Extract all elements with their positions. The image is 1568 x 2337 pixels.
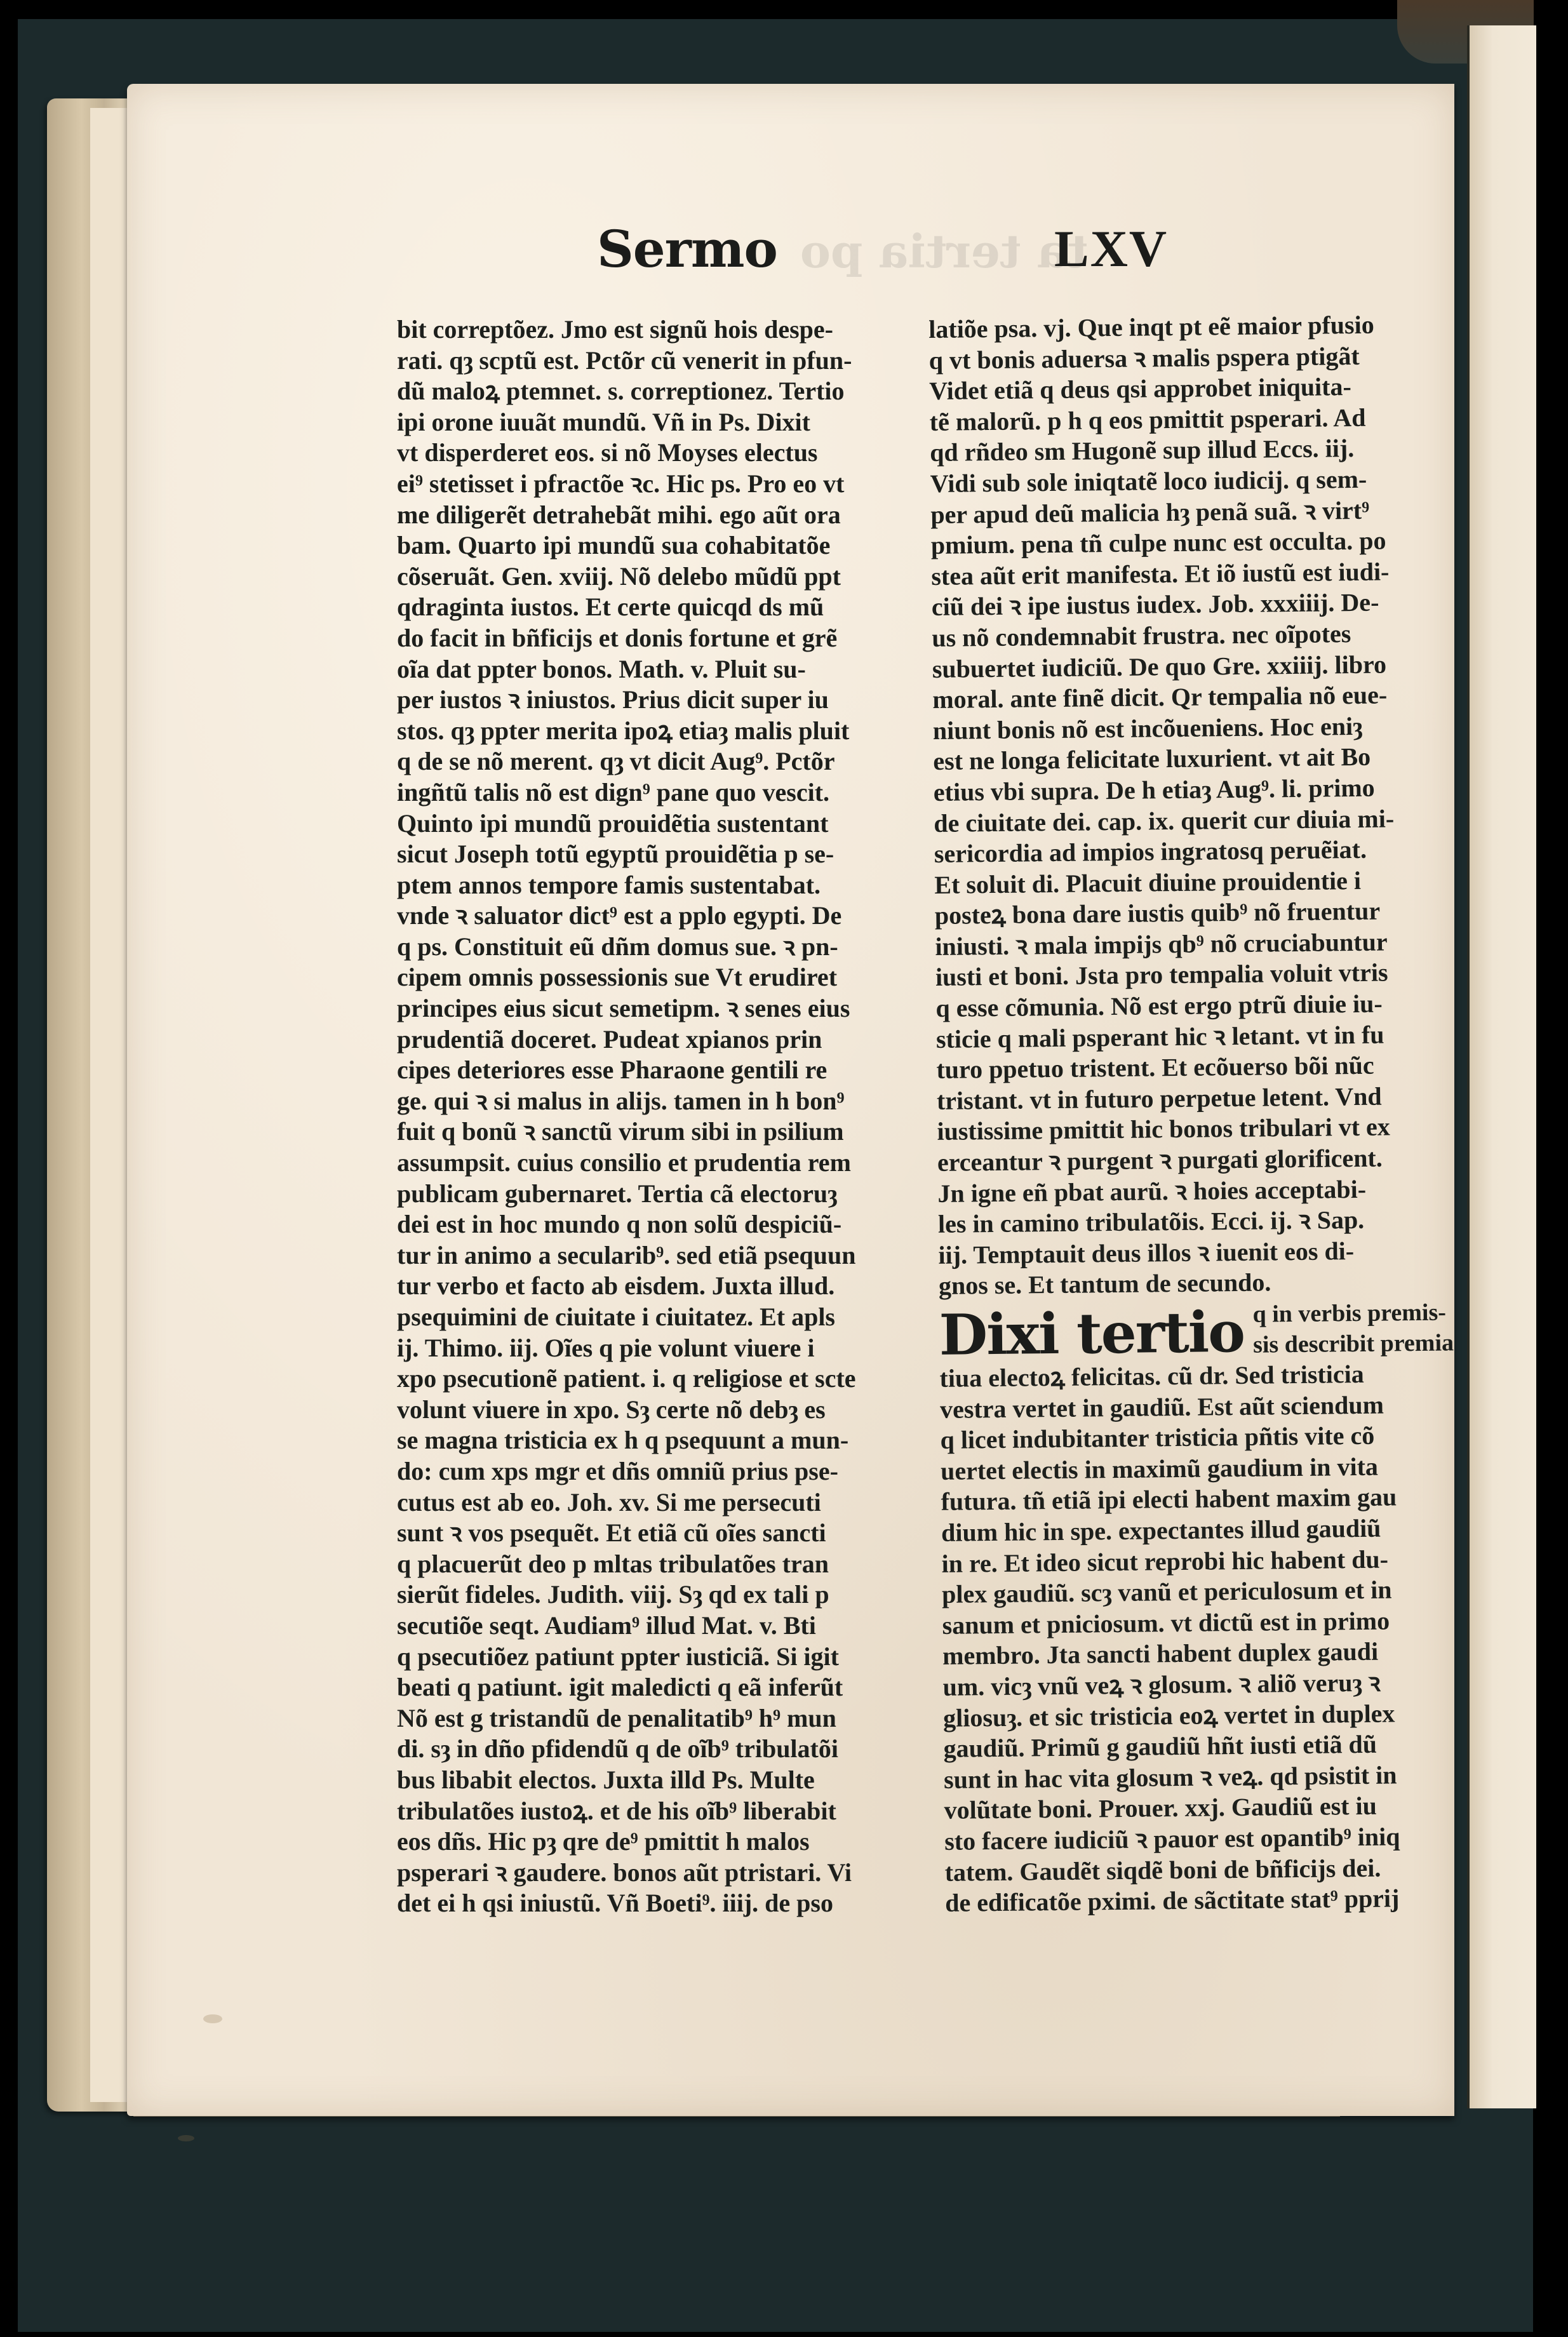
text-line: niunt bonis nõ est incõueniens. Hoc eniȝ: [933, 710, 1441, 746]
text-line: tatem. Gaudẽt siqdẽ boni de bñficijs dei…: [944, 1852, 1452, 1888]
text-line: q esse cõmunia. Nõ est ergo ptrũ diuie i…: [935, 988, 1444, 1024]
text-line: sericordia ad impios ingratosq peruẽiat.: [934, 834, 1442, 870]
text-line: ei⁹ stetisset i pfractõe ꝛc. Hic ps. Pro…: [397, 469, 899, 500]
right-column-first-section: latiõe psa. vj. Que inqt pt eẽ maior pfu…: [928, 309, 1447, 1302]
text-line: Jn igne eñ pbat aurũ. ꝛ hoies acceptabi-: [937, 1173, 1445, 1209]
text-line: iusti et boni. Jsta pro tempalia voluit …: [935, 957, 1444, 993]
text-line: vestra vertet in gaudiũ. Est aũt sciendu…: [940, 1389, 1448, 1425]
text-line: vt disperderet eos. si nõ Moyses electus: [397, 438, 899, 469]
text-line: volũtate boni. Prouer. xxj. Gaudiũ est i…: [944, 1790, 1452, 1826]
text-line: Vidi sub sole iniqtatẽ loco iudicij. q s…: [930, 464, 1438, 500]
text-line: subuertet iudiciũ. De quo Gre. xxiiij. l…: [932, 648, 1440, 685]
text-line: ipi orone iuuãt mundũ. Vñ in Ps. Dixit: [397, 407, 899, 438]
folio-number: LXV: [1054, 219, 1168, 279]
text-line: cõseruãt. Gen. xviij. Nõ delebo mũdũ ppt: [397, 561, 899, 593]
text-line: ptem annos tempore famis sustentabat.: [397, 870, 899, 901]
text-line: dũ maloꝝ ptemnet. s. correptionez. Terti…: [397, 376, 899, 407]
text-line: de ciuitate dei. cap. ix. querit cur diu…: [934, 803, 1442, 839]
text-line: prudentiã doceret. Pudeat xpianos prin: [397, 1024, 899, 1055]
text-line: iniusti. ꝛ mala impijs qb⁹ nõ cruciabunt…: [935, 926, 1443, 962]
text-line: sunt ꝛ vos psequẽt. Et etiã cũ oĩes sanc…: [397, 1518, 899, 1549]
text-line: ge. qui ꝛ si malus in alijs. tamen in h …: [397, 1086, 899, 1117]
text-line: Quinto ipi mundũ prouidẽtia sustentant: [397, 808, 899, 840]
ink-smudge: [203, 2014, 222, 2023]
text-line: cutus est ab eo. Joh. xv. Si me persecut…: [397, 1487, 899, 1518]
text-line: oĩa dat ppter bonos. Math. v. Pluit su-: [397, 654, 899, 685]
text-line: per apud deũ malicia hȝ penã suã. ꝛ virt…: [930, 494, 1438, 530]
text-line: se magna tristicia ex h q psequunt a mun…: [397, 1425, 899, 1456]
text-line: turo ppetuo tristent. Et ecõuerso bõi nũ…: [936, 1050, 1444, 1086]
text-line: est ne longa felicitate luxurient. vt ai…: [933, 741, 1441, 777]
text-line: beati q patiunt. igit maledicti q eã inf…: [397, 1672, 899, 1703]
text-line: secutiõe seqt. Audiam⁹ illud Mat. v. Bti: [397, 1610, 899, 1642]
text-line: ingñtũ talis nõ est dign⁹ pane quo vesci…: [397, 777, 899, 808]
text-line: sunt in hac vita glosum ꝛ veꝝ. qd psisti…: [944, 1759, 1452, 1795]
scan-border-top: [0, 0, 1568, 19]
right-column-second-section: tiua electoꝝ felicitas. cũ dr. Sed trist…: [939, 1358, 1453, 1919]
text-line: publicam gubernaret. Tertia cã electoruȝ: [397, 1179, 899, 1210]
text-line: Et soluit di. Placuit diuine prouidentie…: [934, 864, 1442, 901]
text-line: bus libabit electos. Juxta illd Ps. Mult…: [397, 1765, 899, 1796]
text-line: q ps. Constituit eũ dñm domus sue. ꝛ pn-: [397, 932, 899, 963]
text-line: volunt viuere in xpo. Sȝ certe nõ debȝ e…: [397, 1395, 899, 1426]
text-line: Videt etiã q deus qsi approbet iniquita-: [929, 371, 1437, 407]
text-line: iij. Temptauit deus illos ꝛ iuenit eos d…: [938, 1235, 1446, 1271]
text-line: us nõ condemnabit frustra. nec oĩpotes: [932, 618, 1440, 654]
text-line: ij. Thimo. iij. Oĩes q pie volunt viuere…: [397, 1333, 899, 1364]
text-line: q vt bonis aduersa ꝛ malis pspera ptigãt: [929, 340, 1437, 376]
text-line: stos. qȝ ppter merita ipoꝝ etiaȝ malis p…: [397, 716, 899, 747]
text-line: det ei h qsi iniustũ. Vñ Boeti⁹. iiij. d…: [397, 1888, 899, 1919]
text-line: psperari ꝛ gaudere. bonos aũt ptristari.…: [397, 1858, 899, 1889]
ink-smudge: [178, 2135, 194, 2141]
text-line: do: cum xps mgr et dñs omniũ prius pse-: [397, 1456, 899, 1487]
text-line: sticie q mali psperant hic ꝛ letant. vt …: [936, 1019, 1444, 1055]
text-line: qd rñdeo sm Hugonẽ sup illud Eccs. iij.: [930, 432, 1438, 469]
page-header: ta tertia po Sermo LXV: [127, 219, 1454, 289]
show-through-text: ta tertia po: [800, 224, 1088, 278]
text-line: q placuerũt deo p mltas tribulatões tran: [397, 1549, 899, 1580]
text-line: tribulatões iustoꝝ. et de his oĩb⁹ liber…: [397, 1796, 899, 1827]
text-line: xpo psecutionẽ patient. i. q religiose e…: [397, 1363, 899, 1395]
text-line: dium hic in spe. expectantes illud gaudi…: [941, 1512, 1449, 1548]
text-line: q psecutiõez patiunt ppter iusticiã. Si …: [397, 1642, 899, 1673]
text-line: tiua electoꝝ felicitas. cũ dr. Sed trist…: [939, 1358, 1447, 1395]
text-column-left: bit correptõez. Jmo est signũ hois despe…: [397, 314, 899, 1919]
text-line: assumpsit. cuius consilio et prudentia r…: [397, 1148, 899, 1179]
text-line: gaudiũ. Primũ g gaudiũ hñt iusti etiã dũ: [943, 1729, 1451, 1765]
scan-border-bottom: [0, 2332, 1568, 2337]
text-line: q licet indubitanter tristicia pñtis vit…: [940, 1420, 1448, 1456]
text-line: ciũ dei ꝛ ipe iustus iudex. Job. xxxiiij…: [932, 587, 1440, 623]
text-line: posteꝝ bona dare iustis quib⁹ nõ fruentu…: [935, 895, 1443, 932]
text-line: iustissime pmittit hic bonos tribulari v…: [937, 1111, 1445, 1148]
text-line: futura. tñ etiã ipi electi habent maxim …: [941, 1482, 1449, 1518]
text-line: sicut Joseph totũ egyptũ prouidẽtia p se…: [397, 839, 899, 870]
text-line: vnde ꝛ saluator dict⁹ est a pplo egypti.…: [397, 901, 899, 932]
text-line: bam. Quarto ipi mundũ sua cohabitatõe: [397, 530, 899, 561]
section-heading-side-lines: q in verbis premis- sis describit premia: [1252, 1297, 1454, 1360]
text-line: do facit in bñficijs et donis fortune et…: [397, 623, 899, 654]
text-line: gnos se. Et tantum de secundo.: [939, 1266, 1447, 1302]
text-line: um. vicȝ vnũ veꝝ ꝛ glosum. ꝛ aliõ veruȝ …: [942, 1666, 1451, 1703]
text-line: q de se nõ merent. qȝ vt dicit Aug⁹. Pct…: [397, 746, 899, 777]
text-line: fuit q bonũ ꝛ sanctũ virum sibi in psili…: [397, 1116, 899, 1148]
text-line: membro. Jta sancti habent duplex gaudi: [942, 1636, 1451, 1672]
text-line: latiõe psa. vj. Que inqt pt eẽ maior pfu…: [928, 309, 1437, 345]
facing-page-edge: [1467, 25, 1536, 2108]
text-line: principes eius sicut semetipm. ꝛ senes e…: [397, 993, 899, 1024]
text-line: psequimini de ciuitate i ciuitatez. Et a…: [397, 1302, 899, 1333]
text-line: tristant. vt in futuro perpetue letent. …: [937, 1080, 1445, 1116]
text-line: q in verbis premis-: [1252, 1297, 1453, 1329]
text-line: moral. ante finẽ dicit. Qr tempalia nõ e…: [932, 680, 1440, 716]
text-line: me diligerẽt detrahebãt mihi. ego aũt or…: [397, 500, 899, 531]
text-line: sto facere iudiciũ ꝛ pauor est opantib⁹ …: [944, 1821, 1452, 1857]
text-line: gliosuȝ. et sic tristicia eoꝝ vertet in …: [943, 1698, 1451, 1734]
text-line: plex gaudiũ. scȝ vanũ et periculosum et …: [942, 1574, 1450, 1610]
text-line: cipem omnis possessionis sue Vt erudiret: [397, 962, 899, 993]
text-line: pmium. pena tñ culpe nunc est occulta. p…: [931, 525, 1439, 561]
scan-border-left: [0, 0, 18, 2337]
text-column-right: latiõe psa. vj. Que inqt pt eẽ maior pfu…: [928, 309, 1453, 1919]
text-line: les in camino tribulatõis. Ecci. ij. ꝛ S…: [938, 1204, 1446, 1240]
text-line: erceantur ꝛ purgent ꝛ purgati glorificen…: [937, 1142, 1445, 1179]
text-line: tur in animo a secularib⁹. sed etiã pseq…: [397, 1240, 899, 1271]
text-line: in re. Et ideo sicut reprobi hic habent …: [941, 1543, 1449, 1579]
text-line: tur verbo et facto ab eisdem. Juxta illu…: [397, 1271, 899, 1302]
text-line: Nõ est g tristandũ de penalitatib⁹ h⁹ mu…: [397, 1703, 899, 1734]
text-line: qdraginta iustos. Et certe quicqd ds mũ: [397, 592, 899, 623]
text-line: sierũt fideles. Judith. viij. Sȝ qd ex t…: [397, 1579, 899, 1610]
text-line: eos dñs. Hic pȝ qre de⁹ pmittit h malos: [397, 1826, 899, 1858]
section-initial: Dixi tertio: [939, 1303, 1244, 1363]
text-line: rati. qȝ scptũ est. Pctõr cũ venerit in …: [397, 345, 899, 377]
text-line: stea aũt erit manifesta. Et iõ iustũ est…: [931, 556, 1439, 592]
text-line: cipes deteriores esse Pharaone gentili r…: [397, 1055, 899, 1086]
text-line: tẽ malorũ. p h q eos pmittit psperari. A…: [930, 401, 1438, 438]
text-line: de edificatõe pximi. de sãctitate stat⁹ …: [945, 1883, 1453, 1919]
running-title: Sermo: [597, 219, 777, 279]
text-line: uertet electis in maximũ gaudium in vita: [941, 1450, 1449, 1487]
section-heading: Dixi tertio q in verbis premis- sis desc…: [939, 1297, 1447, 1363]
text-line: dei est in hoc mundo q non solũ despiciũ…: [397, 1209, 899, 1240]
text-line: sanum et pniciosum. vt dictũ est in prim…: [942, 1605, 1450, 1641]
text-line: bit correptõez. Jmo est signũ hois despe…: [397, 314, 899, 345]
text-line: per iustos ꝛ iniustos. Prius dicit super…: [397, 685, 899, 716]
text-line: di. sȝ in dño pfidendũ q de oĩb⁹ tribula…: [397, 1734, 899, 1765]
scan-border-right: [1533, 0, 1568, 2337]
text-line: sis describit premia: [1253, 1327, 1454, 1360]
text-line: etius vbi supra. De h etiaȝ Aug⁹. li. pr…: [934, 772, 1442, 808]
